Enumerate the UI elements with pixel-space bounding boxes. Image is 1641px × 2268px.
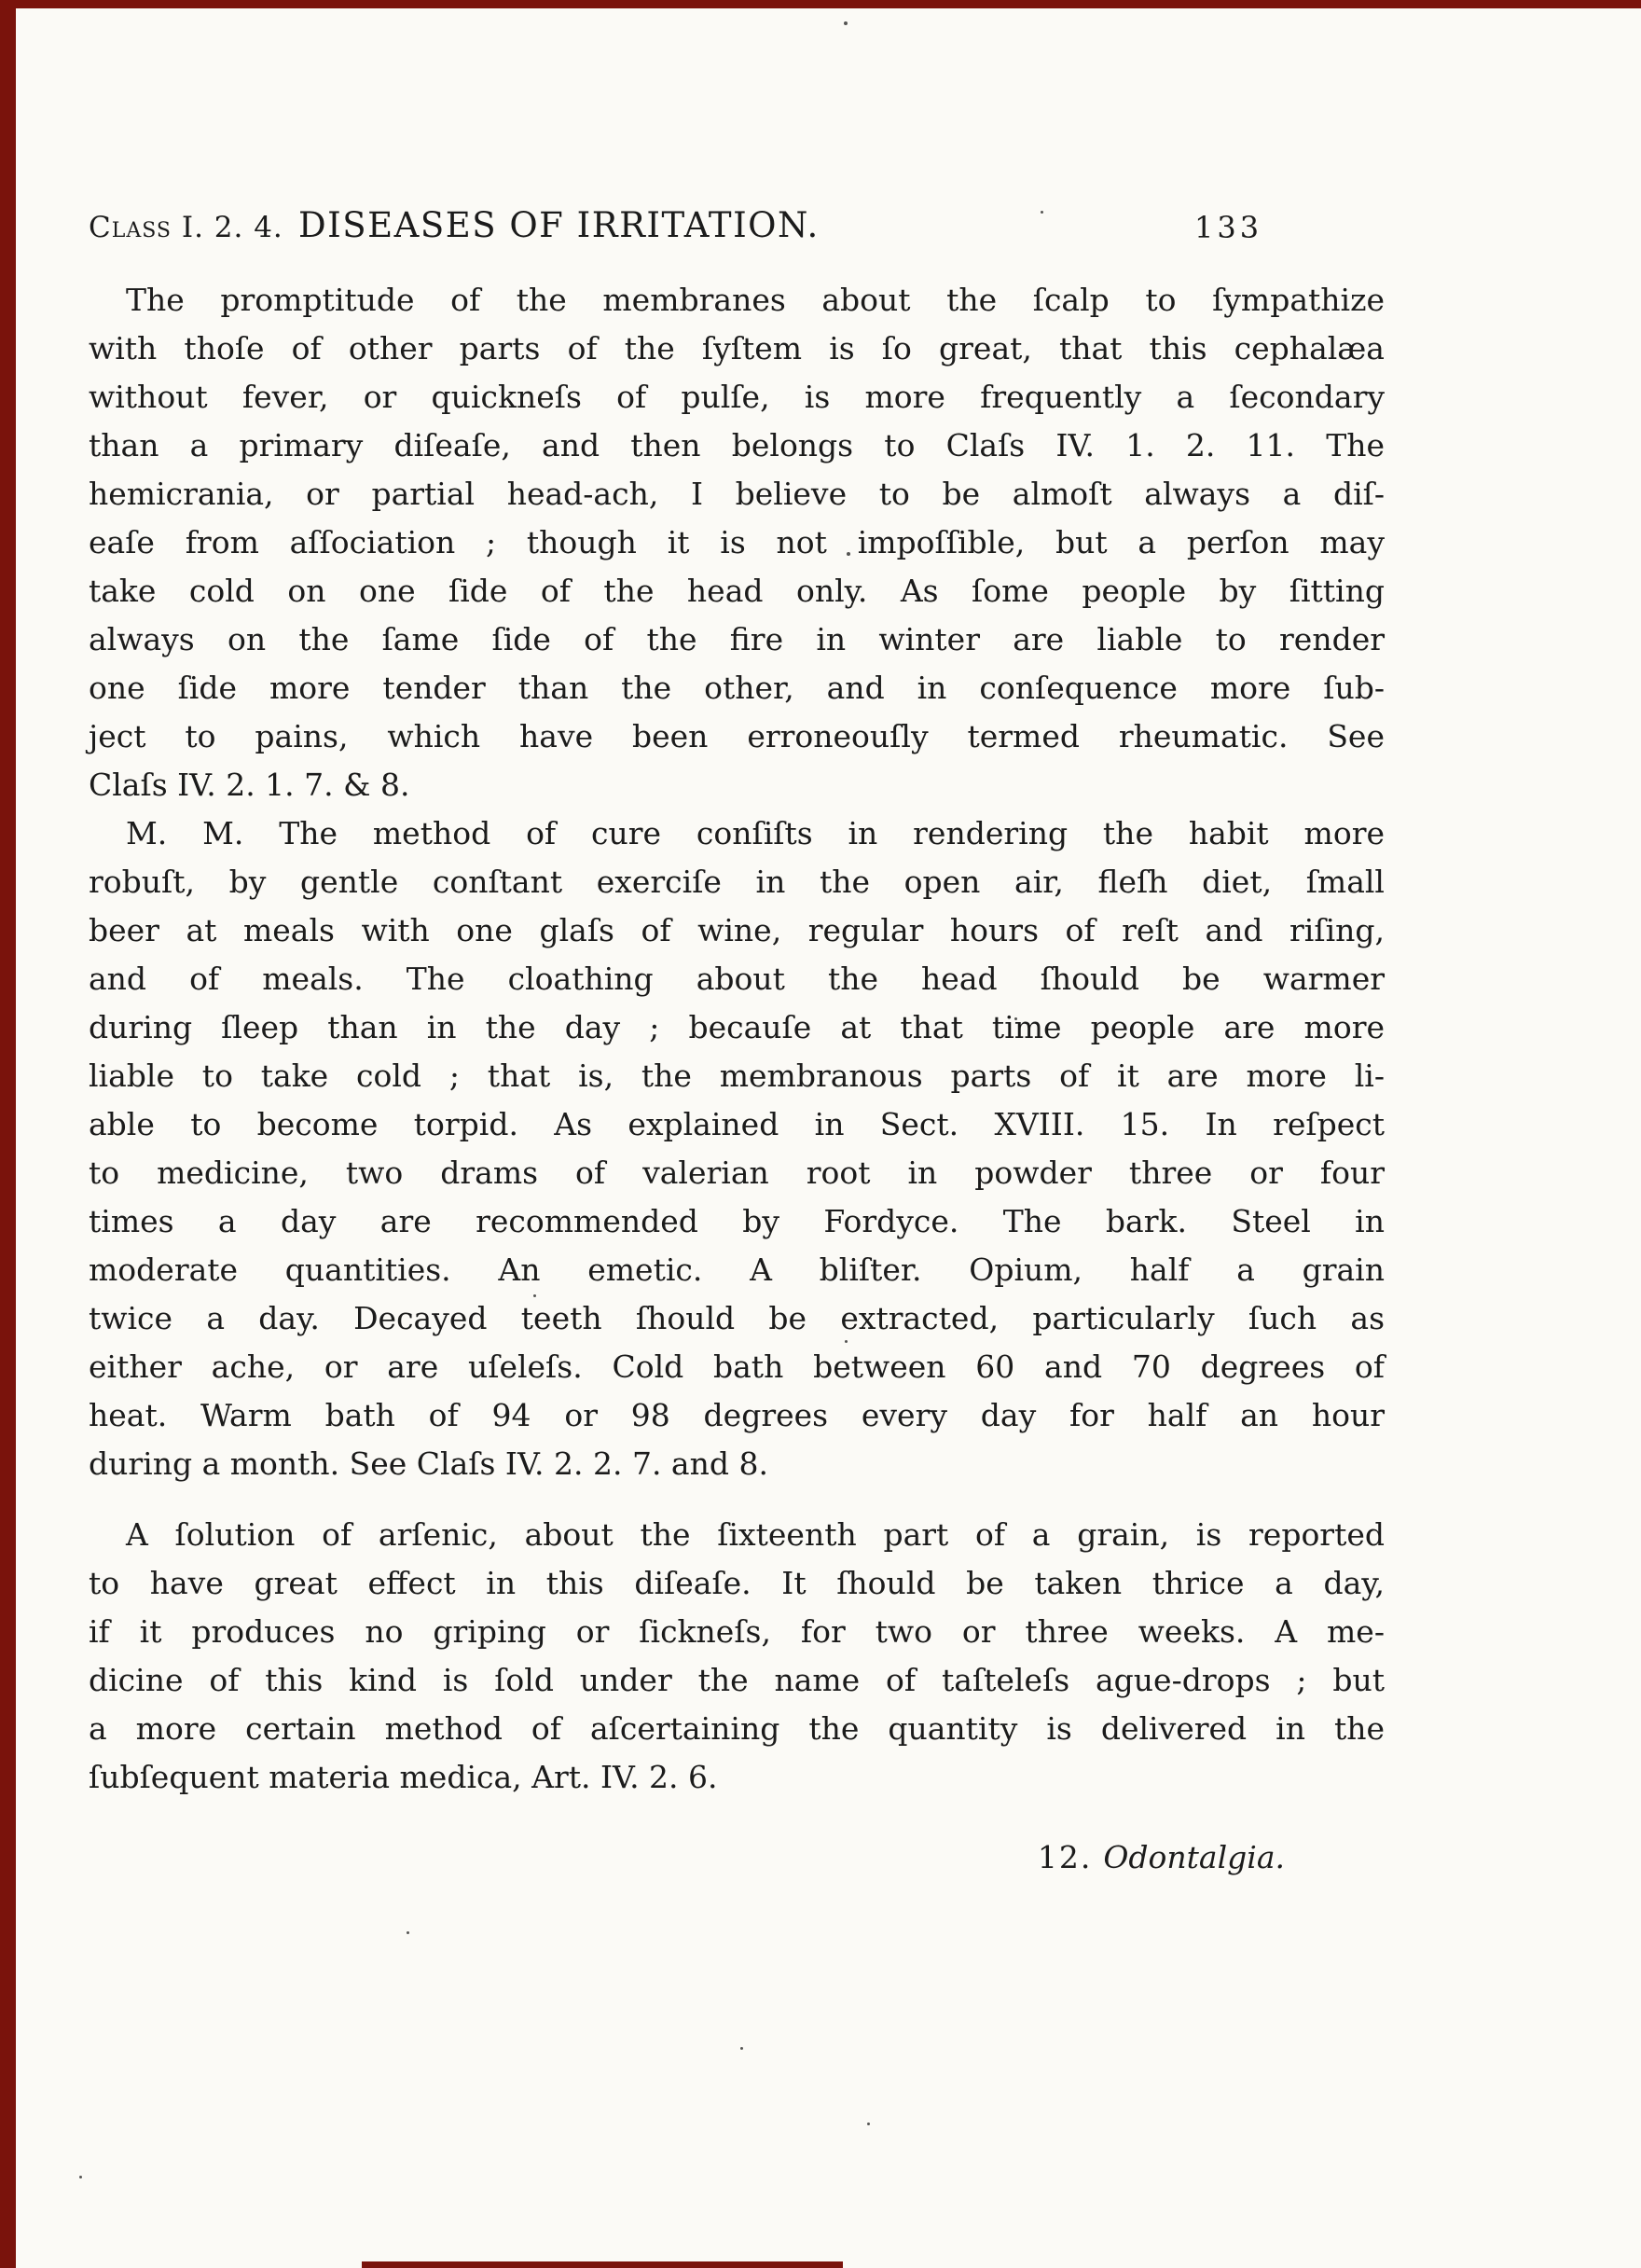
text-line: Claſs IV. 2. 1. 7. & 8.: [89, 761, 1385, 809]
text-line: during a month. See Claſs IV. 2. 2. 7. a…: [89, 1440, 1385, 1488]
page-number: 133: [1194, 210, 1262, 245]
text-line: ject to pains, which have been erroneouſ…: [89, 712, 1385, 761]
text-line: a more certain method of aſcertaining th…: [89, 1705, 1385, 1753]
scan-speck: [407, 1931, 409, 1934]
text-line: moderate quantities. An emetic. A bliſte…: [89, 1246, 1385, 1294]
scan-edge-left: [0, 0, 16, 2268]
running-class-label: Class I. 2. 4.: [89, 211, 283, 244]
book-page: { "page": { "header": { "class_label": "…: [0, 0, 1641, 2268]
scan-edge-bottom: [362, 2261, 843, 2268]
text-line: during ſleep than in the day ; becauſe a…: [89, 1003, 1385, 1052]
text-line: always on the ſame ſide of the fire in w…: [89, 615, 1385, 664]
section-number: 12.: [1038, 1839, 1092, 1875]
text-line: dicine of this kind is ſold under the na…: [89, 1656, 1385, 1705]
text-line: able to become torpid. As explained in S…: [89, 1100, 1385, 1149]
scan-speck: [1014, 1017, 1017, 1020]
text-line: eaſe from aſſociation ; though it is not…: [89, 519, 1385, 567]
text-line: robuſt, by gentle conſtant exerciſe in t…: [89, 858, 1385, 906]
text-line: to have great effect in this diſeaſe. It…: [89, 1559, 1385, 1608]
scan-speck: [740, 2047, 743, 2050]
text-line: ſubſequent materia medica, Art. IV. 2. 6…: [89, 1753, 1385, 1802]
scan-speck: [1041, 211, 1043, 214]
running-title: DISEASES OF IRRITATION.: [298, 205, 820, 245]
text-line: heat. Warm bath of 94 or 98 degrees ever…: [89, 1391, 1385, 1440]
text-line: A ſolution of arſenic, about the ſixteen…: [89, 1511, 1385, 1559]
text-line: liable to take cold ; that is, the membr…: [89, 1052, 1385, 1100]
page-header: Class I. 2. 4. DISEASES OF IRRITATION. 1…: [89, 205, 1385, 259]
text-line: if it produces no griping or ſickneſs, f…: [89, 1608, 1385, 1656]
scan-speck: [79, 2176, 82, 2178]
text-line: take cold on one ſide of the head only. …: [89, 567, 1385, 615]
text-line: to medicine, two drams of valerian root …: [89, 1149, 1385, 1197]
section-title: Odontalgia.: [1103, 1839, 1285, 1875]
text-line: beer at meals with one glaſs of wine, re…: [89, 906, 1385, 955]
scan-speck: [847, 552, 850, 556]
scan-speck: [844, 21, 848, 25]
paragraph: A ſolution of arſenic, about the ſixteen…: [89, 1511, 1385, 1802]
body-text: The promptitude of the membranes about t…: [89, 276, 1385, 1802]
scan-speck: [845, 1340, 848, 1343]
text-line: than a primary diſeaſe, and then belongs…: [89, 422, 1385, 470]
text-line: without fever, or quickneſs of pulſe, is…: [89, 373, 1385, 422]
text-line: with thoſe of other parts of the ſyſtem …: [89, 325, 1385, 373]
paragraph: The promptitude of the membranes about t…: [89, 276, 1385, 809]
scan-speck: [533, 1294, 536, 1297]
text-line: one ſide more tender than the other, and…: [89, 664, 1385, 712]
text-line: M. M. The method of cure conſiſts in ren…: [89, 809, 1385, 858]
scan-edge-top: [0, 0, 1641, 8]
text-line: The promptitude of the membranes about t…: [89, 276, 1385, 325]
text-line: times a day are recommended by Fordyce. …: [89, 1197, 1385, 1246]
text-line: and of meals. The cloathing about the he…: [89, 955, 1385, 1003]
scan-speck: [867, 2123, 870, 2125]
text-line: twice a day. Decayed teeth ſhould be ext…: [89, 1294, 1385, 1343]
text-line: either ache, or are uſeleſs. Cold bath b…: [89, 1343, 1385, 1391]
section-catchword: 12.Odontalgia.: [1038, 1839, 1285, 1875]
text-line: hemicrania, or partial head-ach, I belie…: [89, 470, 1385, 519]
paragraph: M. M. The method of cure conſiſts in ren…: [89, 809, 1385, 1488]
